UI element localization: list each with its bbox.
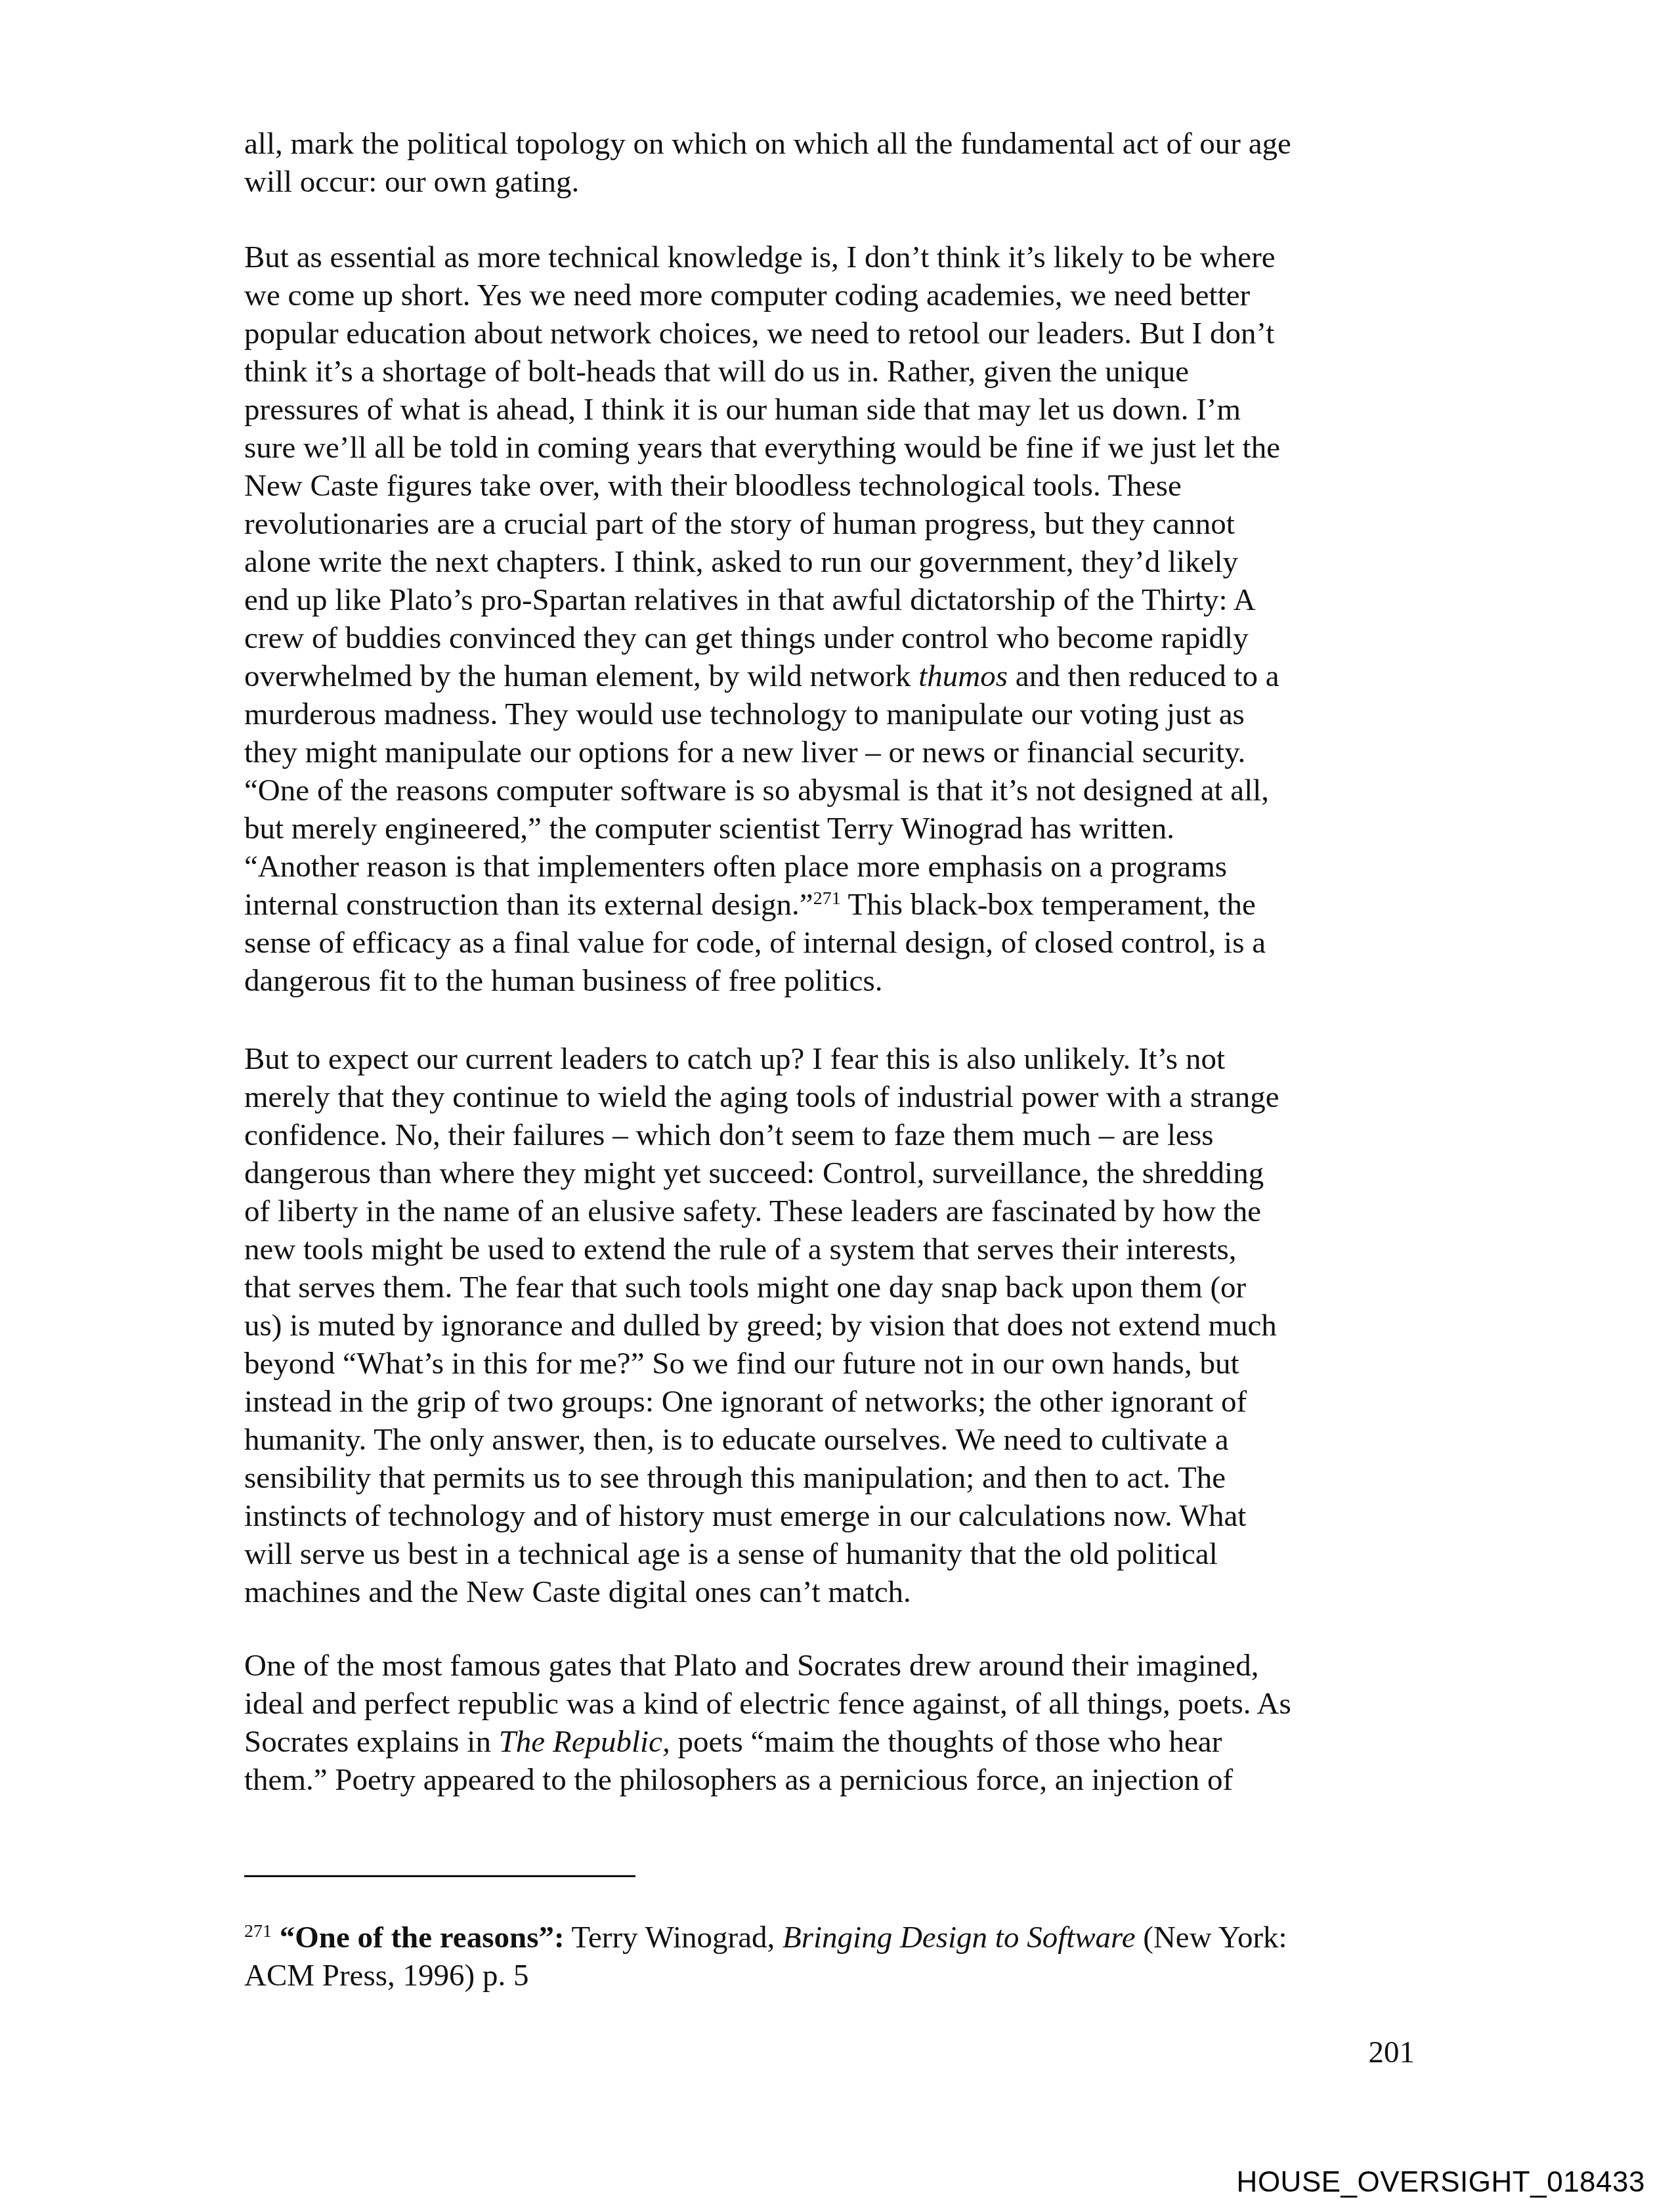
text-line: murderous madness. They would use techno… <box>244 695 1426 733</box>
text-line: sense of efficacy as a final value for c… <box>244 924 1426 962</box>
footnote-271: 271 “One of the reasons”: Terry Winograd… <box>244 1919 1426 1995</box>
footnote-text: (New York: <box>1136 1920 1287 1955</box>
text-line: dangerous fit to the human business of f… <box>244 962 1426 1000</box>
text-line: think it’s a shortage of bolt-heads that… <box>244 353 1426 391</box>
text-line: will occur: our own gating. <box>244 163 1426 201</box>
document-page: all, mark the political topology on whic… <box>0 0 1674 2212</box>
text-line: of liberty in the name of an elusive saf… <box>244 1192 1426 1230</box>
text-line: beyond “What’s in this for me?” So we fi… <box>244 1345 1426 1383</box>
footnote-line: 271 “One of the reasons”: Terry Winograd… <box>244 1919 1426 1957</box>
text-line: But as essential as more technical knowl… <box>244 238 1426 276</box>
text-line-with-italic: Socrates explains in The Republic, poets… <box>244 1723 1426 1761</box>
text-segment: Socrates explains in <box>244 1725 499 1759</box>
paragraph-1: all, mark the political topology on whic… <box>244 125 1426 201</box>
footnote-author: Terry Winograd, <box>565 1920 783 1955</box>
text-line: they might manipulate our options for a … <box>244 733 1426 771</box>
text-line: But to expect our current leaders to cat… <box>244 1040 1426 1078</box>
text-segment: poets “maim the thoughts of those who he… <box>670 1725 1222 1759</box>
text-line: crew of buddies convinced they can get t… <box>244 619 1426 657</box>
text-line: machines and the New Caste digital ones … <box>244 1573 1426 1611</box>
text-line: revolutionaries are a crucial part of th… <box>244 505 1426 543</box>
text-line: instead in the grip of two groups: One i… <box>244 1383 1426 1421</box>
text-line: will serve us best in a technical age is… <box>244 1535 1426 1573</box>
text-line: popular education about network choices,… <box>244 314 1426 353</box>
text-line: alone write the next chapters. I think, … <box>244 543 1426 581</box>
text-line-with-italic: overwhelmed by the human element, by wil… <box>244 657 1426 695</box>
text-line: pressures of what is ahead, I think it i… <box>244 391 1426 429</box>
text-line: confidence. No, their failures – which d… <box>244 1116 1426 1154</box>
italic-term-thumos: thumos <box>918 659 1008 693</box>
text-line: but merely engineered,” the computer sci… <box>244 810 1426 848</box>
text-line: end up like Plato’s pro-Spartan relative… <box>244 581 1426 619</box>
text-line: us) is muted by ignorance and dulled by … <box>244 1307 1426 1345</box>
italic-title-the-republic: The Republic, <box>499 1725 670 1759</box>
text-line: sure we’ll all be told in coming years t… <box>244 429 1426 467</box>
text-line: sensibility that permits us to see throu… <box>244 1459 1426 1497</box>
text-line: “One of the reasons computer software is… <box>244 771 1426 810</box>
text-line: all, mark the political topology on whic… <box>244 125 1426 163</box>
text-line: New Caste figures take over, with their … <box>244 467 1426 505</box>
footnote-label: “One of the reasons”: <box>280 1920 565 1955</box>
paragraph-4: One of the most famous gates that Plato … <box>244 1647 1426 1799</box>
text-segment: This black-box temperament, the <box>841 888 1256 922</box>
text-line: that serves them. The fear that such too… <box>244 1269 1426 1307</box>
text-line: humanity. The only answer, then, is to e… <box>244 1421 1426 1459</box>
text-segment: and then reduced to a <box>1008 659 1279 693</box>
text-segment: overwhelmed by the human element, by wil… <box>244 659 918 693</box>
text-line: merely that they continue to wield the a… <box>244 1078 1426 1116</box>
paragraph-3: But to expect our current leaders to cat… <box>244 1040 1426 1611</box>
text-line-with-footnote-ref: internal construction than its external … <box>244 886 1426 924</box>
page-number: 201 <box>1369 2033 1415 2071</box>
bates-stamp: HOUSE_OVERSIGHT_018433 <box>1237 2164 1645 2201</box>
text-line: dangerous than where they might yet succ… <box>244 1154 1426 1192</box>
footnote-line: ACM Press, 1996) p. 5 <box>244 1957 1426 1995</box>
footnote-reference-271[interactable]: 271 <box>813 888 841 909</box>
text-line: we come up short. Yes we need more compu… <box>244 276 1426 314</box>
text-line: them.” Poetry appeared to the philosophe… <box>244 1761 1426 1799</box>
footnote-book-title: Bringing Design to Software <box>783 1920 1135 1955</box>
text-line: new tools might be used to extend the ru… <box>244 1230 1426 1269</box>
text-segment: internal construction than its external … <box>244 888 813 922</box>
footnote-number: 271 <box>244 1921 272 1941</box>
footnote-separator-rule <box>244 1875 635 1877</box>
text-line: One of the most famous gates that Plato … <box>244 1647 1426 1685</box>
text-line: “Another reason is that implementers oft… <box>244 848 1426 886</box>
text-line: instincts of technology and of history m… <box>244 1497 1426 1535</box>
paragraph-2: But as essential as more technical knowl… <box>244 238 1426 1000</box>
text-line: ideal and perfect republic was a kind of… <box>244 1685 1426 1723</box>
